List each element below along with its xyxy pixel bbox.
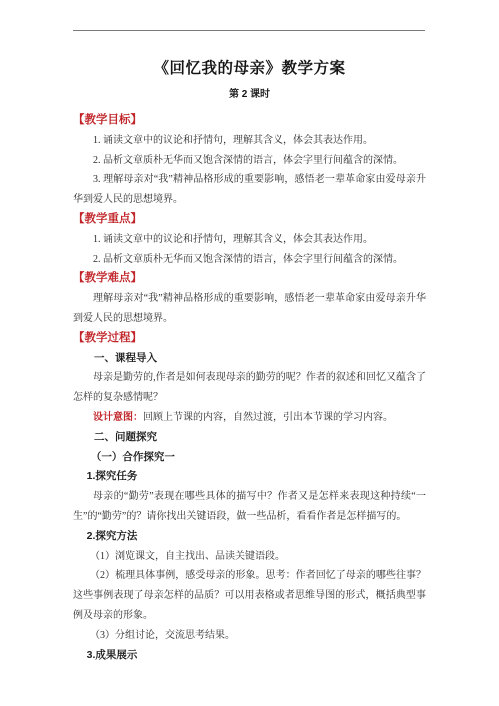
task-paragraph: 母亲的“勤劳”表现在哪些具体的描写中？作者又是怎样来表现这种持续“一生”的“勤劳… [73, 487, 426, 527]
task-heading: 1.探究任务 [73, 467, 426, 487]
document-page: 《回忆我的母亲》教学方案 第 2 课时 【教学目标】 1. 诵读文章中的议论和抒… [0, 0, 499, 706]
objective-item-3: 3. 理解母亲对“我”精神品格形成的重要影响，感悟老一辈革命家由爱母亲升华到爱人… [73, 170, 426, 210]
method-heading: 2.探究方法 [73, 527, 426, 547]
key-point-item-1: 1. 诵读文章中的议论和抒情句，理解其含义，体会其表达作用。 [73, 230, 426, 250]
process-part1-paragraph: 母亲是勤劳的,作者是如何表现母亲的勤劳的呢？作者的叙述和回忆又蕴含了怎样的复杂感… [73, 368, 426, 408]
section-heading-objectives: 【教学目标】 [73, 111, 426, 131]
design-intent-text: 回顾上节课的内容，自然过渡，引出本节课的学习内容。 [143, 412, 393, 423]
document-subtitle: 第 2 课时 [73, 88, 426, 102]
difficulty-paragraph: 理解母亲对“我”精神品格形成的重要影响，感悟老一辈革命家由爱母亲升华到爱人民的思… [73, 289, 426, 329]
document-title: 《回忆我的母亲》教学方案 [73, 58, 426, 80]
section-heading-difficulties: 【教学难点】 [73, 269, 426, 289]
process-sub1-heading: （一）合作探究一 [73, 448, 426, 468]
method-item-2: （2）梳理具体事例，感受母亲的形象。思考：作者回忆了母亲的哪些往事？这些事例表现… [73, 566, 426, 625]
objective-item-1: 1. 诵读文章中的议论和抒情句，理解其含义，体会其表达作用。 [73, 131, 426, 151]
objective-item-2: 2. 品析文章质朴无华而又饱含深情的语言，体会字里行间蕴含的深情。 [73, 151, 426, 171]
method-item-1: （1）浏览课文，自主找出、品读关键语段。 [73, 547, 426, 567]
process-part2-heading: 二、问题探究 [73, 428, 426, 448]
method-item-3: （3）分组讨论，交流思考结果。 [73, 626, 426, 646]
results-heading: 3.成果展示 [73, 646, 426, 666]
design-intent-label: 设计意图： [93, 412, 143, 423]
design-intent-line: 设计意图：回顾上节课的内容，自然过渡，引出本节课的学习内容。 [73, 408, 426, 428]
section-heading-key-points: 【教学重点】 [73, 210, 426, 230]
key-point-item-2: 2. 品析文章质朴无华而又饱含深情的语言，体会字里行间蕴含的深情。 [73, 250, 426, 270]
document-content: 《回忆我的母亲》教学方案 第 2 课时 【教学目标】 1. 诵读文章中的议论和抒… [73, 0, 426, 665]
process-part1-heading: 一、课程导入 [73, 349, 426, 369]
section-heading-process: 【教学过程】 [73, 329, 426, 349]
